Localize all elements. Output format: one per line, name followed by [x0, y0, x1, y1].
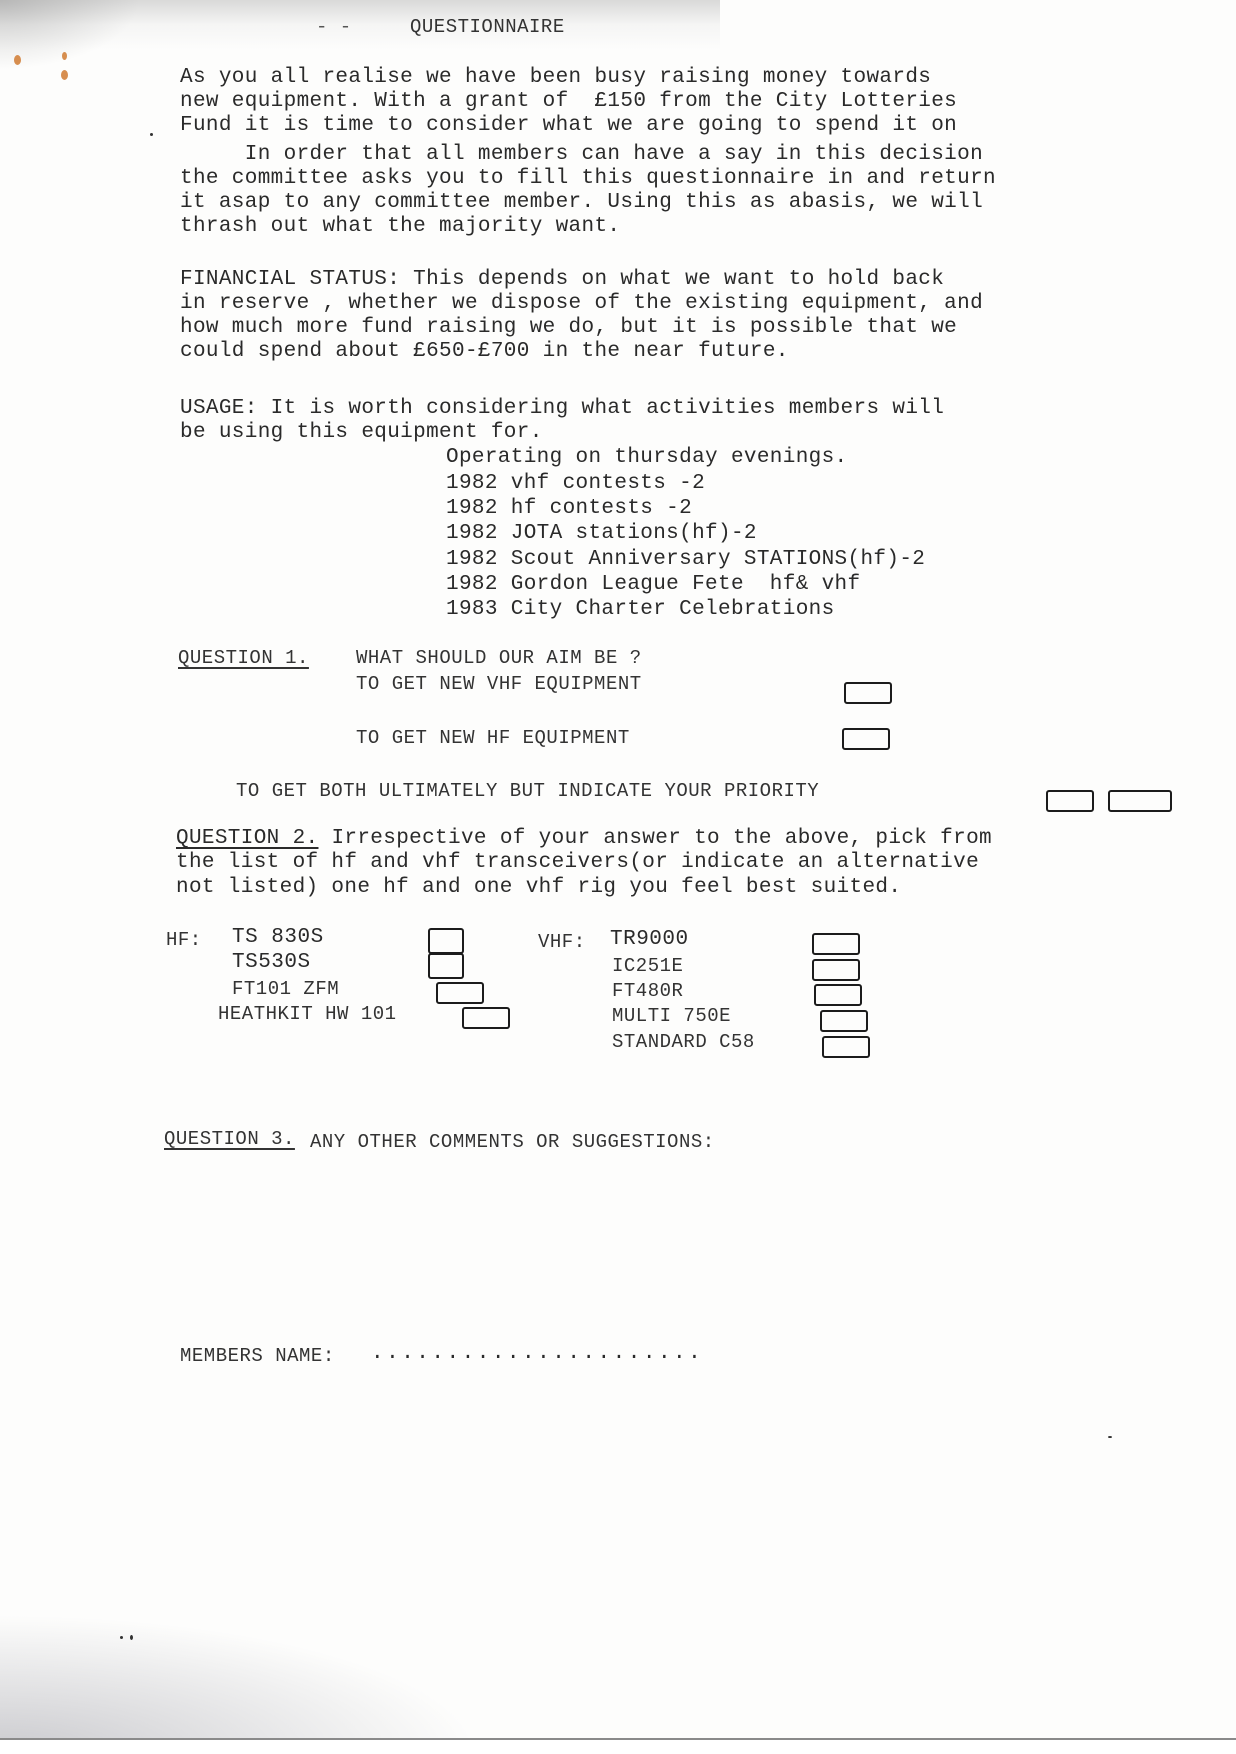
page-title: QUESTIONNAIRE — [410, 15, 565, 39]
intro-line: new equipment. With a grant of £150 from… — [180, 90, 957, 115]
speck — [130, 1635, 133, 1640]
financial-line: in reserve , whether we dispose of the e… — [180, 292, 983, 317]
vhf-rig-checkbox[interactable] — [812, 933, 860, 955]
hf-rig-checkbox[interactable] — [462, 1007, 510, 1029]
vhf-list-label: VHF: — [538, 930, 586, 954]
members-name-label: MEMBERS NAME: — [180, 1344, 335, 1368]
option-vhf-checkbox[interactable] — [844, 682, 892, 704]
usage-line: be using this equipment for. — [180, 421, 543, 446]
financial-line: could spend about £650-£700 in the near … — [180, 340, 789, 365]
option-hf-checkbox[interactable] — [842, 728, 890, 750]
hf-rig-checkbox[interactable] — [428, 928, 464, 954]
option-hf-label: TO GET NEW HF EQUIPMENT — [356, 726, 630, 750]
scan-shadow-bottom — [0, 1614, 480, 1754]
rust-spot — [61, 70, 68, 80]
intro-line: the committee asks you to fill this ques… — [180, 167, 996, 192]
question-1-label: QUESTION 1. — [178, 646, 309, 670]
option-vhf-label: TO GET NEW VHF EQUIPMENT — [356, 672, 642, 696]
speck — [120, 1636, 123, 1639]
priority-second-checkbox[interactable] — [1108, 790, 1172, 812]
vhf-rig-checkbox[interactable] — [820, 1010, 868, 1032]
financial-line: FINANCIAL STATUS: This depends on what w… — [180, 268, 944, 293]
vhf-rig-checkbox[interactable] — [814, 984, 862, 1006]
hf-rig-label: FT101 ZFM — [232, 977, 339, 1001]
speck — [150, 133, 153, 136]
hf-rig-label: TS 830S — [232, 926, 324, 950]
question-3-label: QUESTION 3. — [164, 1127, 295, 1151]
activity-item: 1982 Scout Anniversary STATIONS(hf)-2 — [446, 548, 925, 573]
financial-line: how much more fund raising we do, but it… — [180, 316, 957, 341]
activity-item: 1982 JOTA stations(hf)-2 — [446, 522, 757, 547]
activity-item: 1982 vhf contests -2 — [446, 472, 705, 497]
members-name-dotted-line[interactable]: ...................... — [371, 1342, 703, 1366]
rust-spot — [62, 52, 67, 60]
rust-spot — [14, 55, 21, 65]
intro-line: it asap to any committee member. Using t… — [180, 191, 983, 216]
question-2-line: not listed) one hf and one vhf rig you f… — [176, 876, 901, 901]
activity-item: 1982 hf contests -2 — [446, 497, 692, 522]
vhf-rig-label: FT480R — [612, 979, 683, 1003]
option-both-label: TO GET BOTH ULTIMATELY BUT INDICATE YOUR… — [236, 779, 819, 803]
vhf-rig-label: TR9000 — [610, 928, 689, 952]
scan-margin — [0, 1740, 1236, 1754]
hf-rig-checkbox[interactable] — [436, 982, 484, 1004]
question-2-text: Irrespective of your answer to the above… — [331, 827, 992, 850]
hf-rig-label: TS530S — [232, 951, 311, 975]
intro-line: Fund it is time to consider what we are … — [180, 114, 957, 139]
vhf-rig-checkbox[interactable] — [812, 959, 860, 981]
question-3-prompt: ANY OTHER COMMENTS OR SUGGESTIONS: — [310, 1130, 715, 1154]
speck — [1108, 1436, 1112, 1438]
scan-shadow-corner — [0, 0, 140, 70]
activity-item: Operating on thursday evenings. — [446, 446, 848, 471]
question-2-line: the list of hf and vhf transceivers(or i… — [176, 851, 979, 876]
vhf-rig-label: MULTI 750E — [612, 1004, 731, 1028]
question-2-label: QUESTION 2. — [176, 827, 318, 850]
hf-list-label: HF: — [166, 928, 202, 952]
hf-rig-label: HEATHKIT HW 101 — [218, 1002, 397, 1026]
activity-item: 1982 Gordon League Fete hf& vhf — [446, 573, 860, 598]
vhf-rig-checkbox[interactable] — [822, 1036, 870, 1058]
hf-rig-checkbox[interactable] — [428, 953, 464, 979]
question-1-prompt: WHAT SHOULD OUR AIM BE ? — [356, 646, 642, 670]
intro-line: In order that all members can have a say… — [180, 143, 983, 168]
comments-area[interactable] — [164, 1160, 1064, 1320]
intro-line: thrash out what the majority want. — [180, 215, 620, 240]
activity-item: 1983 City Charter Celebrations — [446, 598, 835, 623]
vhf-rig-label: IC251E — [612, 954, 683, 978]
priority-first-checkbox[interactable] — [1046, 790, 1094, 812]
usage-line: USAGE: It is worth considering what acti… — [180, 397, 944, 422]
question-2-line: QUESTION 2. Irrespective of your answer … — [176, 827, 992, 852]
title-dash: - - — [316, 15, 352, 39]
intro-line: As you all realise we have been busy rai… — [180, 66, 931, 91]
vhf-rig-label: STANDARD C58 — [612, 1030, 755, 1054]
